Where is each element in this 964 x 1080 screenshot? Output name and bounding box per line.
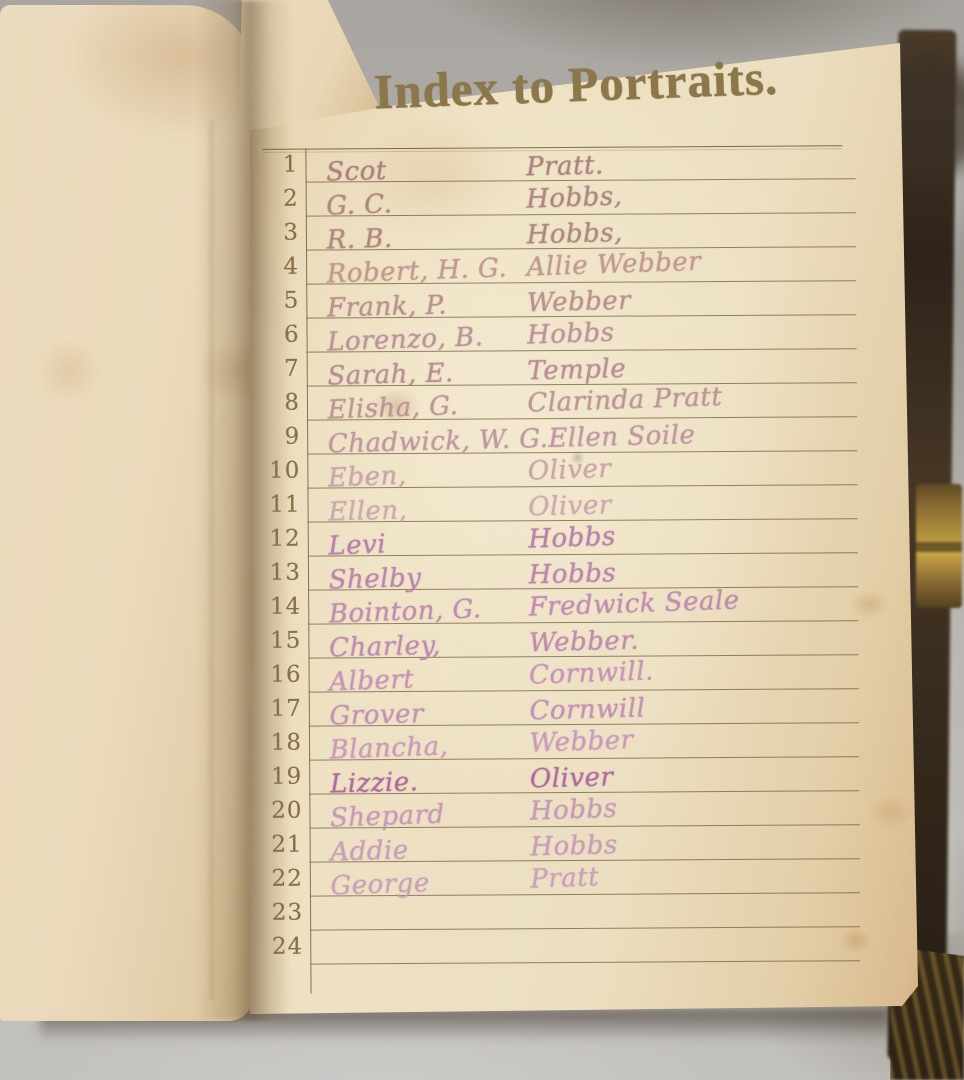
entry-surname: Hobbs, <box>526 218 623 250</box>
row-number: 18 <box>266 730 302 756</box>
index-row: 15 Charley, Webber. <box>265 621 865 659</box>
index-row: 13 Shelby Hobbs <box>265 553 865 591</box>
row-number: 11 <box>264 492 300 518</box>
entry-surname: Hobbs, <box>526 181 623 214</box>
entry-surname: Cornwill <box>529 693 646 726</box>
index-row: 14 Bointon, G. Fredwick Seale <box>265 587 865 625</box>
index-row: 24 <box>267 927 867 965</box>
entry-surname: Hobbs <box>529 794 617 827</box>
row-number: 24 <box>267 934 303 960</box>
index-row: 18 Blancha, Webber <box>266 723 866 761</box>
entry-surname: Webber <box>527 286 632 319</box>
entry-surname: Pratt. <box>526 150 604 182</box>
index-row: 10 Eben, Oliver <box>264 451 864 489</box>
entry-surname: Cornwill. <box>529 656 655 690</box>
row-number: 22 <box>267 866 303 892</box>
entry-surname: Webber <box>529 725 634 759</box>
index-row: 20 Shepard Hobbs <box>266 791 866 829</box>
entry-surname: Ellen Soile <box>548 420 696 454</box>
entry-surname: Hobbs <box>527 318 615 351</box>
index-row: 1 Scot Pratt. <box>262 145 862 183</box>
row-number: 21 <box>267 832 303 858</box>
entry-surname: Oliver <box>527 454 611 487</box>
row-number: 7 <box>264 356 300 382</box>
row-number: 9 <box>264 424 300 450</box>
entry-surname: Webber. <box>529 626 640 659</box>
entry-surname: Hobbs <box>528 522 616 555</box>
row-number: 16 <box>266 662 302 688</box>
entry-surname: Oliver <box>530 762 614 794</box>
index-row: 11 Ellen, Oliver <box>264 485 864 523</box>
row-number: 20 <box>266 798 302 824</box>
row-number: 1 <box>262 152 298 178</box>
row-number: 23 <box>267 900 303 926</box>
entry-surname: Hobbs <box>530 830 618 862</box>
index-table: 1 Scot Pratt. 2 G. C. Hobbs, 3 R. B. Hob… <box>262 145 867 1001</box>
row-number: 3 <box>263 220 299 246</box>
row-number: 2 <box>263 186 299 212</box>
clasp-notch <box>916 542 962 552</box>
entry-surname: Clarinda Pratt <box>527 382 723 419</box>
photograph-album-on-marble: Index to Portraits. 1 Scot Pratt. 2 G. C… <box>0 0 964 1080</box>
entry-surname: Pratt <box>530 862 600 894</box>
row-number: 4 <box>263 254 299 280</box>
index-row: 5 Frank, P. Webber <box>263 281 863 319</box>
index-row: 22 George Pratt <box>267 859 867 897</box>
index-row: 23 <box>267 893 867 931</box>
row-number: 6 <box>263 322 299 348</box>
index-row: 8 Elisha, G. Clarinda Pratt <box>264 383 864 421</box>
index-row: 16 Albert Cornwill. <box>266 655 866 693</box>
entry-surname: Allie Webber <box>526 247 701 283</box>
ruled-line <box>310 960 860 964</box>
row-number: 15 <box>265 628 301 654</box>
index-row: 12 Levi Hobbs <box>265 519 865 557</box>
index-row: 9 Chadwick, W. G. Ellen Soile <box>264 417 864 455</box>
row-number: 17 <box>266 696 302 722</box>
index-row: 3 R. B. Hobbs, <box>263 213 863 251</box>
index-row: 19 Lizzie. Oliver <box>266 757 866 795</box>
index-row: 6 Lorenzo, B. Hobbs <box>263 315 863 353</box>
entry-surname: Oliver <box>528 490 612 522</box>
entry-surname: Hobbs <box>528 558 616 590</box>
row-number: 12 <box>265 526 301 552</box>
row-number: 8 <box>264 390 300 416</box>
row-number: 10 <box>264 458 300 484</box>
row-number: 19 <box>266 764 302 790</box>
row-number: 14 <box>265 594 301 620</box>
index-row: 21 Addie Hobbs <box>267 825 867 863</box>
index-row: 4 Robert, H. G. Allie Webber <box>263 247 863 285</box>
index-row: 2 G. C. Hobbs, <box>263 179 863 217</box>
entry-surname: Fredwick Seale <box>528 585 740 622</box>
entry-surname: Temple <box>527 354 626 386</box>
row-number: 13 <box>265 560 301 586</box>
index-row: 17 Grover Cornwill <box>266 689 866 727</box>
row-number: 5 <box>263 288 299 314</box>
index-row: 7 Sarah, E. Temple <box>264 349 864 387</box>
brass-clasp <box>916 484 962 608</box>
